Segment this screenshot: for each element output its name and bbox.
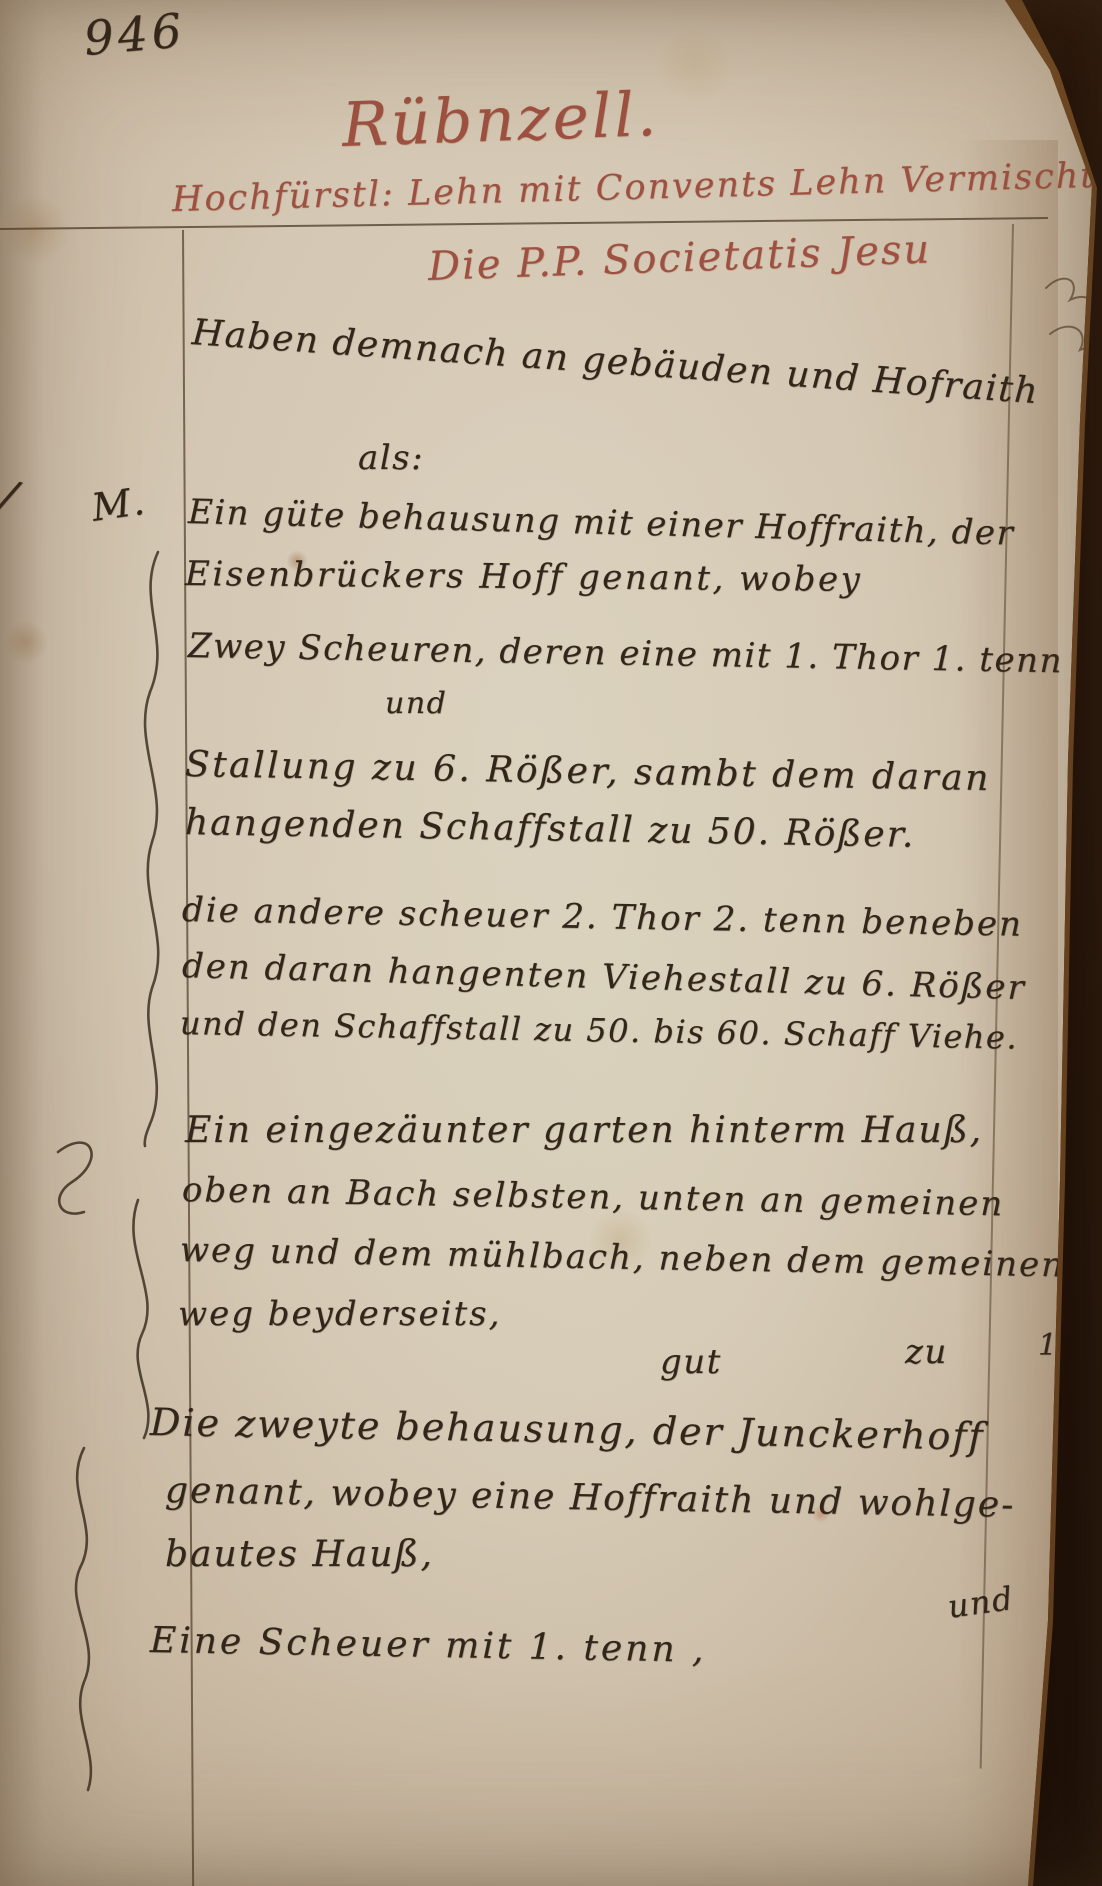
manuscript-line-interlinear: und [385,686,447,721]
manuscript-word-gut: gut [660,1342,722,1382]
manuscript-photo: 946 Rübnzell. Hochfürstl: Lehn mit Conve… [0,0,1102,1886]
manuscript-line: weg beyderseits, [178,1294,501,1334]
page-number: 946 [82,3,188,67]
manuscript-line: Eisenbrückers Hoff genant, wobey [185,554,863,600]
manuscript-line: Ein eingezäunter garten hinterm Hauß, [185,1110,983,1151]
manuscript-line: als: [358,438,424,478]
page-title: Rübnzell. [341,79,660,161]
manuscript-line: bautes Hauß, [165,1534,434,1575]
manuscript-word-zu: zu [905,1332,948,1372]
margin-mark: M. [89,479,149,530]
